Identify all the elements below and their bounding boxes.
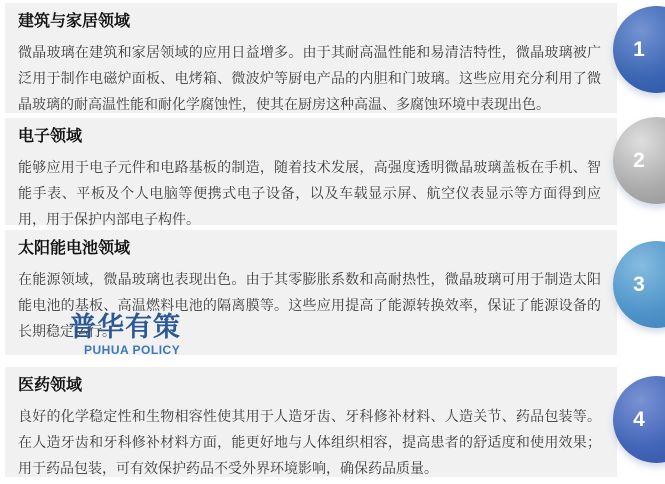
- badge-number: 2: [613, 117, 665, 204]
- section-title: 太阳能电池领域: [18, 238, 601, 260]
- number-badge-3: 3: [613, 241, 665, 328]
- section-body: 微晶玻璃在建筑和家居领域的应用日益增多。由于其耐高温性能和易清洁特性，微晶玻璃被…: [18, 39, 601, 117]
- section-title: 医药领域: [18, 375, 601, 397]
- section-solar-cell: 太阳能电池领域 在能源领域，微晶玻璃也表现出色。由于其零膨胀系数和高耐热性，微晶…: [5, 230, 617, 355]
- section-title: 电子领域: [18, 126, 601, 148]
- badge-number: 1: [613, 6, 665, 93]
- section-body: 在能源领域，微晶玻璃也表现出色。由于其零膨胀系数和高耐热性，微晶玻璃可用于制造太…: [18, 266, 601, 344]
- section-medical: 医药领域 良好的化学稳定性和生物相容性使其用于人造牙齿、牙科修补材料、人造关节、…: [5, 367, 617, 477]
- number-badge-2: 2: [613, 117, 665, 204]
- section-body: 能够应用于电子元件和电路基板的制造，随着技术发展，高强度透明微晶玻璃盖板在手机、…: [18, 154, 601, 232]
- badge-number: 3: [613, 241, 665, 328]
- number-badge-4: 4: [613, 376, 665, 463]
- section-electronics: 电子领域 能够应用于电子元件和电路基板的制造，随着技术发展，高强度透明微晶玻璃盖…: [5, 118, 617, 225]
- section-body: 良好的化学稳定性和生物相容性使其用于人造牙齿、牙科修补材料、人造关节、药品包装等…: [18, 403, 601, 481]
- section-architecture-home: 建筑与家居领域 微晶玻璃在建筑和家居领域的应用日益增多。由于其耐高温性能和易清洁…: [5, 3, 617, 113]
- infographic-page: 建筑与家居领域 微晶玻璃在建筑和家居领域的应用日益增多。由于其耐高温性能和易清洁…: [0, 0, 665, 484]
- section-title: 建筑与家居领域: [18, 11, 601, 33]
- badge-number: 4: [613, 376, 665, 463]
- number-badge-1: 1: [613, 6, 665, 93]
